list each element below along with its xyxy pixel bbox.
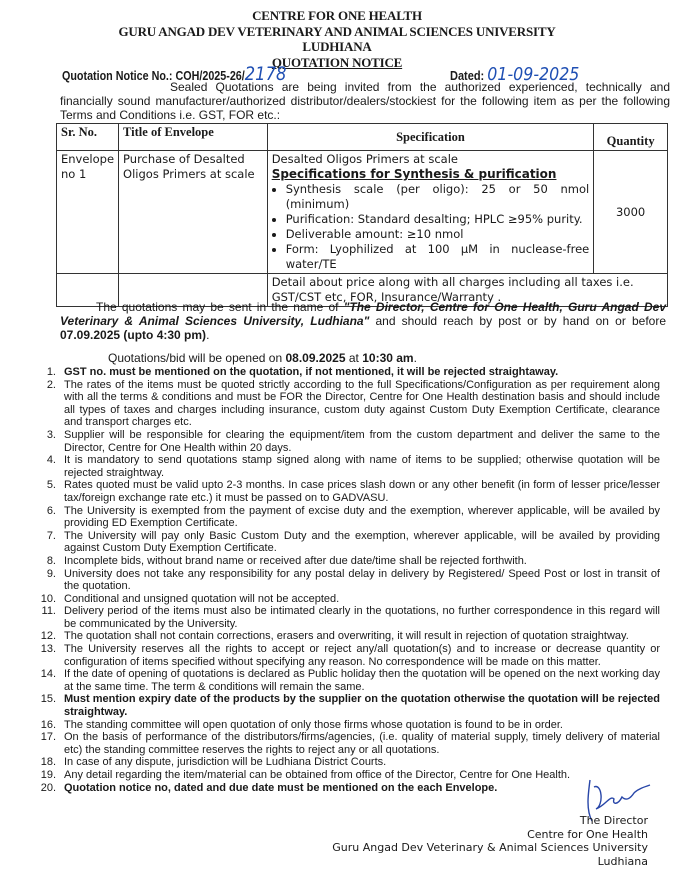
term-number: 20.	[30, 782, 64, 795]
submission-mid: and should reach by post or by hand on o…	[369, 314, 666, 328]
term-text: Delivery period of the items must also b…	[64, 605, 660, 630]
term-number: 3.	[30, 429, 64, 454]
due-date: 07.09.2025 (upto 4:30 pm)	[60, 328, 206, 342]
header-specification: Specification	[267, 124, 594, 151]
term-number: 1.	[30, 366, 64, 379]
term-text: The quotation shall not contain correcti…	[64, 630, 660, 643]
term-item: 1.GST no. must be mentioned on the quota…	[30, 366, 660, 379]
term-text: In case of any dispute, jurisdiction wil…	[64, 756, 660, 769]
spec-bullet: Deliverable amount: ≥10 nmol	[286, 227, 590, 242]
terms-list: 1.GST no. must be mentioned on the quota…	[30, 366, 660, 794]
term-item: 13.The University reserves all the right…	[30, 643, 660, 668]
signatory-centre: Centre for One Health	[332, 828, 648, 842]
term-item: 18.In case of any dispute, jurisdiction …	[30, 756, 660, 769]
submission-paragraph: The quotations may be sent in the name o…	[60, 300, 666, 342]
term-text: It is mandatory to send quotations stamp…	[64, 454, 660, 479]
term-item: 8.Incomplete bids, without brand name or…	[30, 555, 660, 568]
term-text: The University reserves all the rights t…	[64, 643, 660, 668]
term-number: 10.	[30, 593, 64, 606]
term-text: On the basis of performance of the distr…	[64, 731, 660, 756]
signature-block: The Director Centre for One Health Guru …	[332, 814, 648, 868]
term-text: Incomplete bids, without brand name or r…	[64, 555, 660, 568]
opening-end: .	[414, 351, 417, 365]
table-header-row: Sr. No. Title of Envelope Specification …	[57, 124, 668, 151]
term-item: 15.Must mention expiry date of the produ…	[30, 693, 660, 718]
cell-specification: Desalted Oligos Primers at scale Specifi…	[267, 151, 594, 274]
term-number: 5.	[30, 479, 64, 504]
org-city: LUDHIANA	[0, 39, 674, 55]
term-number: 11.	[30, 605, 64, 630]
term-item: 19.Any detail regarding the item/materia…	[30, 769, 660, 782]
term-item: 3.Supplier will be responsible for clear…	[30, 429, 660, 454]
spec-bullet: Form: Lyophilized at 100 µM in nuclease-…	[286, 242, 590, 272]
term-item: 6.The University is exempted from the pa…	[30, 505, 660, 530]
header-sr-no: Sr. No.	[57, 124, 119, 151]
items-table: Sr. No. Title of Envelope Specification …	[56, 123, 668, 307]
spec-bullet: Synthesis scale (per oligo): 25 or 50 nm…	[286, 182, 590, 212]
term-item: 10.Conditional and unsigned quotation wi…	[30, 593, 660, 606]
term-text: Must mention expiry date of the products…	[64, 693, 660, 718]
term-number: 14.	[30, 668, 64, 693]
term-text: The standing committee will open quotati…	[64, 719, 660, 732]
opening-at: at	[346, 351, 363, 365]
term-number: 19.	[30, 769, 64, 782]
table-row: Envelope no 1 Purchase of Desalted Oligo…	[57, 151, 668, 274]
term-number: 2.	[30, 379, 64, 429]
term-number: 15.	[30, 693, 64, 718]
term-item: 7.The University will pay only Basic Cus…	[30, 530, 660, 555]
term-item: 5.Rates quoted must be valid upto 2-3 mo…	[30, 479, 660, 504]
term-item: 4.It is mandatory to send quotations sta…	[30, 454, 660, 479]
term-text: The University is exempted from the paym…	[64, 505, 660, 530]
term-number: 4.	[30, 454, 64, 479]
term-text: Any detail regarding the item/material c…	[64, 769, 660, 782]
term-item: 12.The quotation shall not contain corre…	[30, 630, 660, 643]
term-number: 16.	[30, 719, 64, 732]
header-title: Title of Envelope	[119, 124, 268, 151]
spec-bullet-list: Synthesis scale (per oligo): 25 or 50 nm…	[272, 182, 590, 272]
opening-date: 08.09.2025	[285, 351, 345, 365]
term-number: 17.	[30, 731, 64, 756]
term-item: 9.University does not take any responsib…	[30, 568, 660, 593]
signatory-city: Ludhiana	[332, 855, 648, 869]
term-text: If the date of opening of quotations is …	[64, 668, 660, 693]
term-item: 17.On the basis of performance of the di…	[30, 731, 660, 756]
term-text: Rates quoted must be valid upto 2-3 mont…	[64, 479, 660, 504]
opening-line: Quotations/bid will be opened on 08.09.2…	[108, 351, 417, 365]
cell-quantity: 3000	[594, 151, 668, 274]
term-text: Quotation notice no, dated and due date …	[64, 782, 660, 795]
term-text: The rates of the items must be quoted st…	[64, 379, 660, 429]
term-item: 11.Delivery period of the items must als…	[30, 605, 660, 630]
term-number: 13.	[30, 643, 64, 668]
term-text: University does not take any responsibil…	[64, 568, 660, 593]
term-number: 7.	[30, 530, 64, 555]
intro-paragraph: Sealed Quotations are being invited from…	[60, 80, 670, 122]
term-text: The University will pay only Basic Custo…	[64, 530, 660, 555]
term-text: GST no. must be mentioned on the quotati…	[64, 366, 660, 379]
term-number: 12.	[30, 630, 64, 643]
term-number: 18.	[30, 756, 64, 769]
opening-time: 10:30 am	[362, 351, 413, 365]
term-text: Supplier will be responsible for clearin…	[64, 429, 660, 454]
opening-pre: Quotations/bid will be opened on	[108, 351, 285, 365]
org-university-name: GURU ANGAD DEV VETERINARY AND ANIMAL SCI…	[0, 24, 674, 40]
signatory-university: Guru Angad Dev Veterinary & Animal Scien…	[332, 841, 648, 855]
term-number: 8.	[30, 555, 64, 568]
spec-heading: Specifications for Synthesis & purificat…	[272, 167, 590, 182]
cell-title: Purchase of Desalted Oligos Primers at s…	[119, 151, 268, 274]
term-number: 9.	[30, 568, 64, 593]
term-text: Conditional and unsigned quotation will …	[64, 593, 660, 606]
term-item: 20.Quotation notice no, dated and due da…	[30, 782, 660, 795]
cell-sr-no: Envelope no 1	[57, 151, 119, 274]
spec-bullet: Purification: Standard desalting; HPLC ≥…	[286, 212, 590, 227]
header-quantity: Quantity	[594, 124, 668, 151]
submission-end: .	[206, 328, 209, 342]
term-item: 16.The standing committee will open quot…	[30, 719, 660, 732]
org-centre-name: CENTRE FOR ONE HEALTH	[0, 8, 674, 24]
submission-pre: The quotations may be sent in the name o…	[96, 300, 344, 314]
spec-intro: Desalted Oligos Primers at scale	[272, 152, 590, 167]
signatory-title: The Director	[332, 814, 648, 828]
term-number: 6.	[30, 505, 64, 530]
term-item: 14.If the date of opening of quotations …	[30, 668, 660, 693]
term-item: 2.The rates of the items must be quoted …	[30, 379, 660, 429]
